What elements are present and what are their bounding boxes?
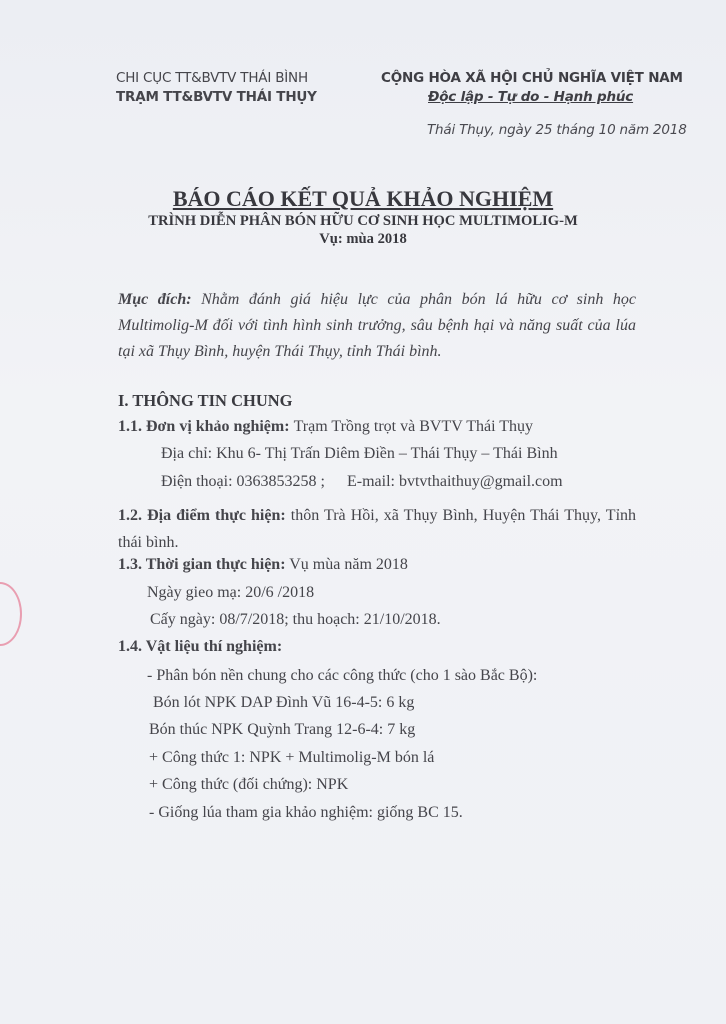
basal-fertilizer: Bón lót NPK DAP Đình Vũ 16-4-5: 6 kg — [153, 694, 414, 712]
item-1-3-label: 1.3. Thời gian thực hiện: — [118, 556, 286, 573]
item-1-2-label: 1.2. Địa điểm thực hiện: — [118, 507, 286, 524]
item-1-1-contact: Điện thoại: 0363853258 ;E-mail: bvtvthai… — [161, 473, 563, 491]
item-1-1-label: 1.1. Đơn vị khảo nghiệm: — [118, 418, 290, 435]
purpose-paragraph: Mục đích: Nhằm đánh giá hiệu lực của phâ… — [118, 287, 636, 365]
phone-number: Điện thoại: 0363853258 ; — [161, 473, 325, 490]
document-page: CHI CỤC TT&BVTV THÁI BÌNH TRẠM TT&BVTV T… — [0, 0, 726, 1024]
item-1-4-label: 1.4. Vật liệu thí nghiệm: — [118, 638, 282, 655]
top-dress-fertilizer: Bón thúc NPK Quỳnh Trang 12-6-4: 7 kg — [149, 721, 415, 739]
base-fertilizer: - Phân bón nền chung cho các công thức (… — [147, 667, 537, 685]
red-stamp-edge — [0, 582, 22, 646]
agency-parent: CHI CỤC TT&BVTV THÁI BÌNH — [116, 70, 308, 86]
item-1-4: 1.4. Vật liệu thí nghiệm: — [118, 638, 282, 656]
section-heading-general-info: I. THÔNG TIN CHUNG — [118, 391, 293, 411]
item-1-1-value: Trạm Trồng trọt và BVTV Thái Thụy — [294, 418, 533, 435]
item-1-2: 1.2. Địa điểm thực hiện: thôn Trà Hồi, x… — [118, 502, 636, 556]
formula-control: + Công thức (đối chứng): NPK — [149, 776, 348, 794]
purpose-label: Mục đích: — [118, 291, 192, 308]
purpose-text: Nhằm đánh giá hiệu lực của phân bón lá h… — [118, 291, 636, 360]
email-address: E-mail: bvtvthaithuy@gmail.com — [347, 473, 563, 490]
report-title: BÁO CÁO KẾT QUẢ KHẢO NGHIỆM — [0, 186, 726, 212]
report-season: Vụ: mùa 2018 — [0, 231, 726, 248]
item-1-1: 1.1. Đơn vị khảo nghiệm:Trạm Trồng trọt … — [118, 418, 533, 436]
item-1-1-address: Địa chỉ: Khu 6- Thị Trấn Diêm Điền – Thá… — [161, 445, 558, 463]
sowing-date: Ngày gieo mạ: 20/6 /2018 — [147, 584, 314, 602]
national-motto: Độc lập - Tự do - Hạnh phúc — [428, 89, 633, 105]
report-subtitle: TRÌNH DIỄN PHÂN BÓN HỮU CƠ SINH HỌC MULT… — [0, 213, 726, 230]
rice-variety: - Giống lúa tham gia khảo nghiệm: giống … — [149, 804, 463, 822]
agency-station: TRẠM TT&BVTV THÁI THỤY — [116, 89, 317, 105]
item-1-3-value: Vụ mùa năm 2018 — [286, 556, 408, 573]
item-1-3: 1.3. Thời gian thực hiện: Vụ mùa năm 201… — [118, 556, 408, 574]
transplant-harvest-dates: Cấy ngày: 08/7/2018; thu hoạch: 21/10/20… — [150, 611, 441, 629]
formula-1: + Công thức 1: NPK + Multimolig-M bón lá — [149, 749, 434, 767]
national-title: CỘNG HÒA XÃ HỘI CHỦ NGHĨA VIỆT NAM — [381, 70, 683, 86]
place-date: Thái Thụy, ngày 25 tháng 10 năm 2018 — [427, 122, 687, 138]
